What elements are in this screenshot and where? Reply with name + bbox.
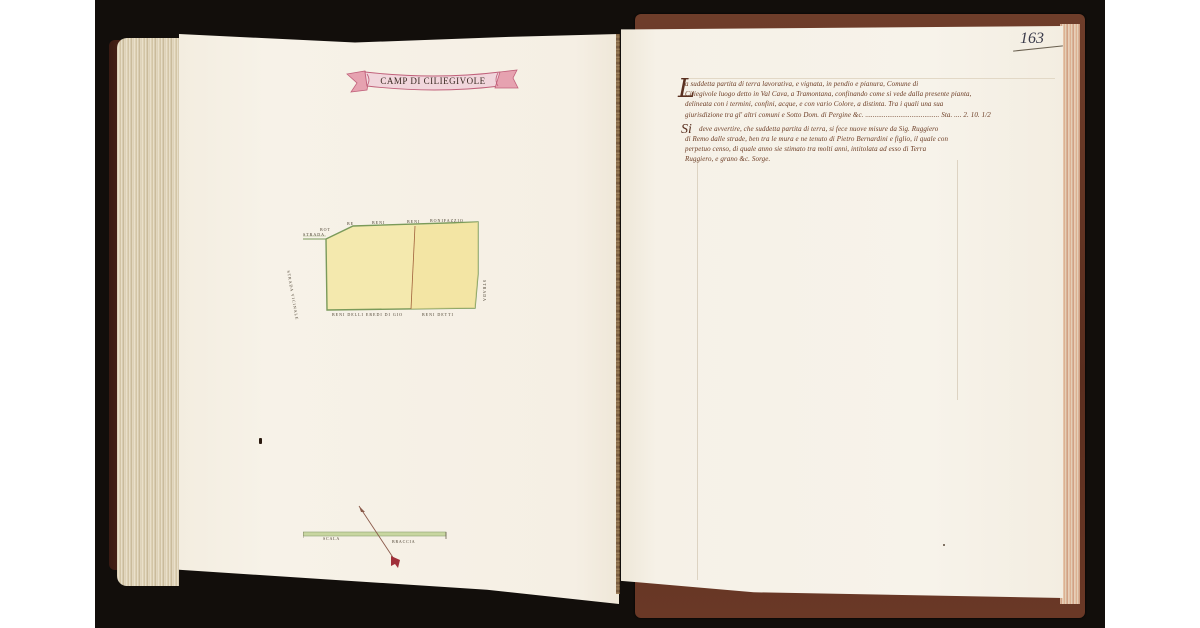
folio-number: 163 xyxy=(1020,30,1044,48)
ruled-margin-left xyxy=(697,160,698,580)
entry-2-line-3: perpetuo censo, di quale anno sie stimat… xyxy=(685,145,926,154)
map-label-right-side: STRADA xyxy=(482,280,487,302)
map-title: CAMP DI CILIEGIVOLE xyxy=(378,76,488,86)
map-label-top-2: BE xyxy=(347,221,354,226)
scale-label-right: BRACCIA xyxy=(392,539,415,544)
left-page-edges xyxy=(117,38,179,586)
manuscript-photo: CAMP DI CILIEGIVOLE STRADA BOT BE BENI B… xyxy=(95,0,1105,628)
entry-1-line-4: giurisdizione tra gl' altri comuni e Sot… xyxy=(685,111,991,120)
entry-2-line-1: deve avvertire, che suddetta partita di … xyxy=(699,125,938,134)
entry-1-line-1: a suddetta partita di terra lavorativa, … xyxy=(685,80,918,89)
entry-2-line-4: Ruggiero, e grano &c. Sorge. xyxy=(685,155,770,164)
wormhole xyxy=(259,438,262,444)
map-label-top-4: BENI xyxy=(407,219,420,224)
map-label-top-3: BENI xyxy=(372,220,385,225)
entry-1-line-2: Ciliegivole luogo detto in Val Cava, a T… xyxy=(685,90,972,99)
ruled-line-top xyxy=(685,78,1055,79)
map-label-strada: STRADA xyxy=(303,232,325,237)
map-label-top-1: BOT xyxy=(320,227,331,232)
map-label-bottom-right: BENI DETTI xyxy=(422,312,454,317)
ink-speck xyxy=(943,544,945,546)
scale-label-left: SCALA xyxy=(323,536,340,541)
right-page-edges xyxy=(1060,24,1080,604)
entry-2-line-2: di Remo dalle strade, ben tra le mura e … xyxy=(685,135,948,144)
field-plot-map xyxy=(303,214,493,320)
ruled-margin-right xyxy=(957,160,958,400)
book-gutter xyxy=(616,34,620,594)
entry-1-line-3: delineata con i termini, confini, acque,… xyxy=(685,100,943,109)
map-label-top-right: BONIFAZZIO xyxy=(430,218,464,223)
map-label-bottom-left: BENI DELLI EREDI DI GIO xyxy=(332,312,403,317)
